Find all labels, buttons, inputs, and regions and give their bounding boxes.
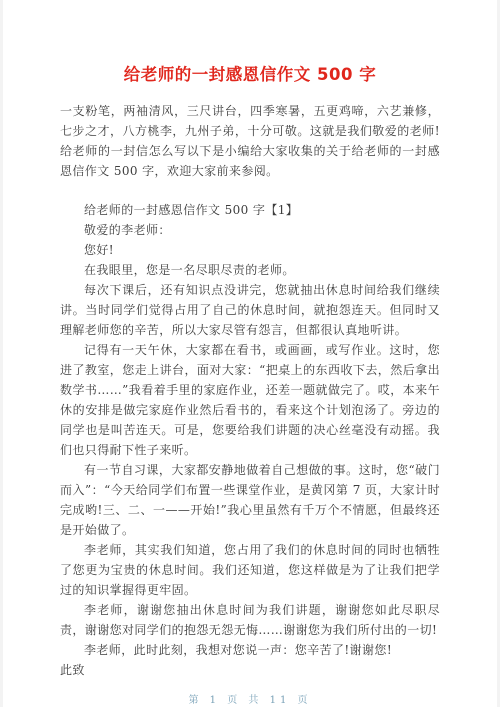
paragraph-closing-message: 李老师，此时此刻，我想对您说一声：您辛苦了!谢谢您! (60, 640, 440, 660)
paragraph-letter-close: 此致 (60, 660, 440, 680)
page-number-indicator: 第 1 页 共 11 页 (189, 695, 312, 706)
paragraph-thanks: 李老师，谢谢您抽出休息时间为我们讲题，谢谢您如此尽职尽责，谢谢您对同学们的抱怨无… (60, 600, 440, 640)
paragraph-body: 有一节自习课，大家都安静地做着自己想做的事。这时，您“破门而入”：“今天给同学们… (60, 460, 440, 540)
paragraph-section-heading: 给老师的一封感恩信作文 500 字【1】 (60, 200, 440, 220)
paragraph-intro: 一支粉笔，两袖清风，三尺讲台，四季寒暑，五更鸡啼，六艺兼修，七步之才，八方桃李，… (60, 101, 440, 181)
document-title: 给老师的一封感恩信作文 500 字 (60, 64, 440, 86)
paragraph-greeting: 您好! (60, 240, 440, 260)
paragraph-salutation: 敬爱的李老师： (60, 220, 440, 240)
paragraph-body: 记得有一天午休，大家都在看书，或画画，或写作业。这时，您进了教室，您走上讲台，面… (60, 340, 440, 460)
paragraph-body: 在我眼里，您是一名尽职尽责的老师。 (60, 260, 440, 280)
page-footer: 第 1 页 共 11 页 (60, 688, 440, 707)
paragraph-body: 每次下课后，还有知识点没讲完，您就抽出休息时间给我们继续讲。当时同学们觉得占用了… (60, 280, 440, 340)
paragraph-body: 李老师，其实我们知道，您占用了我们的休息时间的同时也牺牲了您更为宝贵的休息时间。… (60, 540, 440, 600)
document-page: 给老师的一封感恩信作文 500 字 一支粉笔，两袖清风，三尺讲台，四季寒暑，五更… (0, 0, 500, 707)
